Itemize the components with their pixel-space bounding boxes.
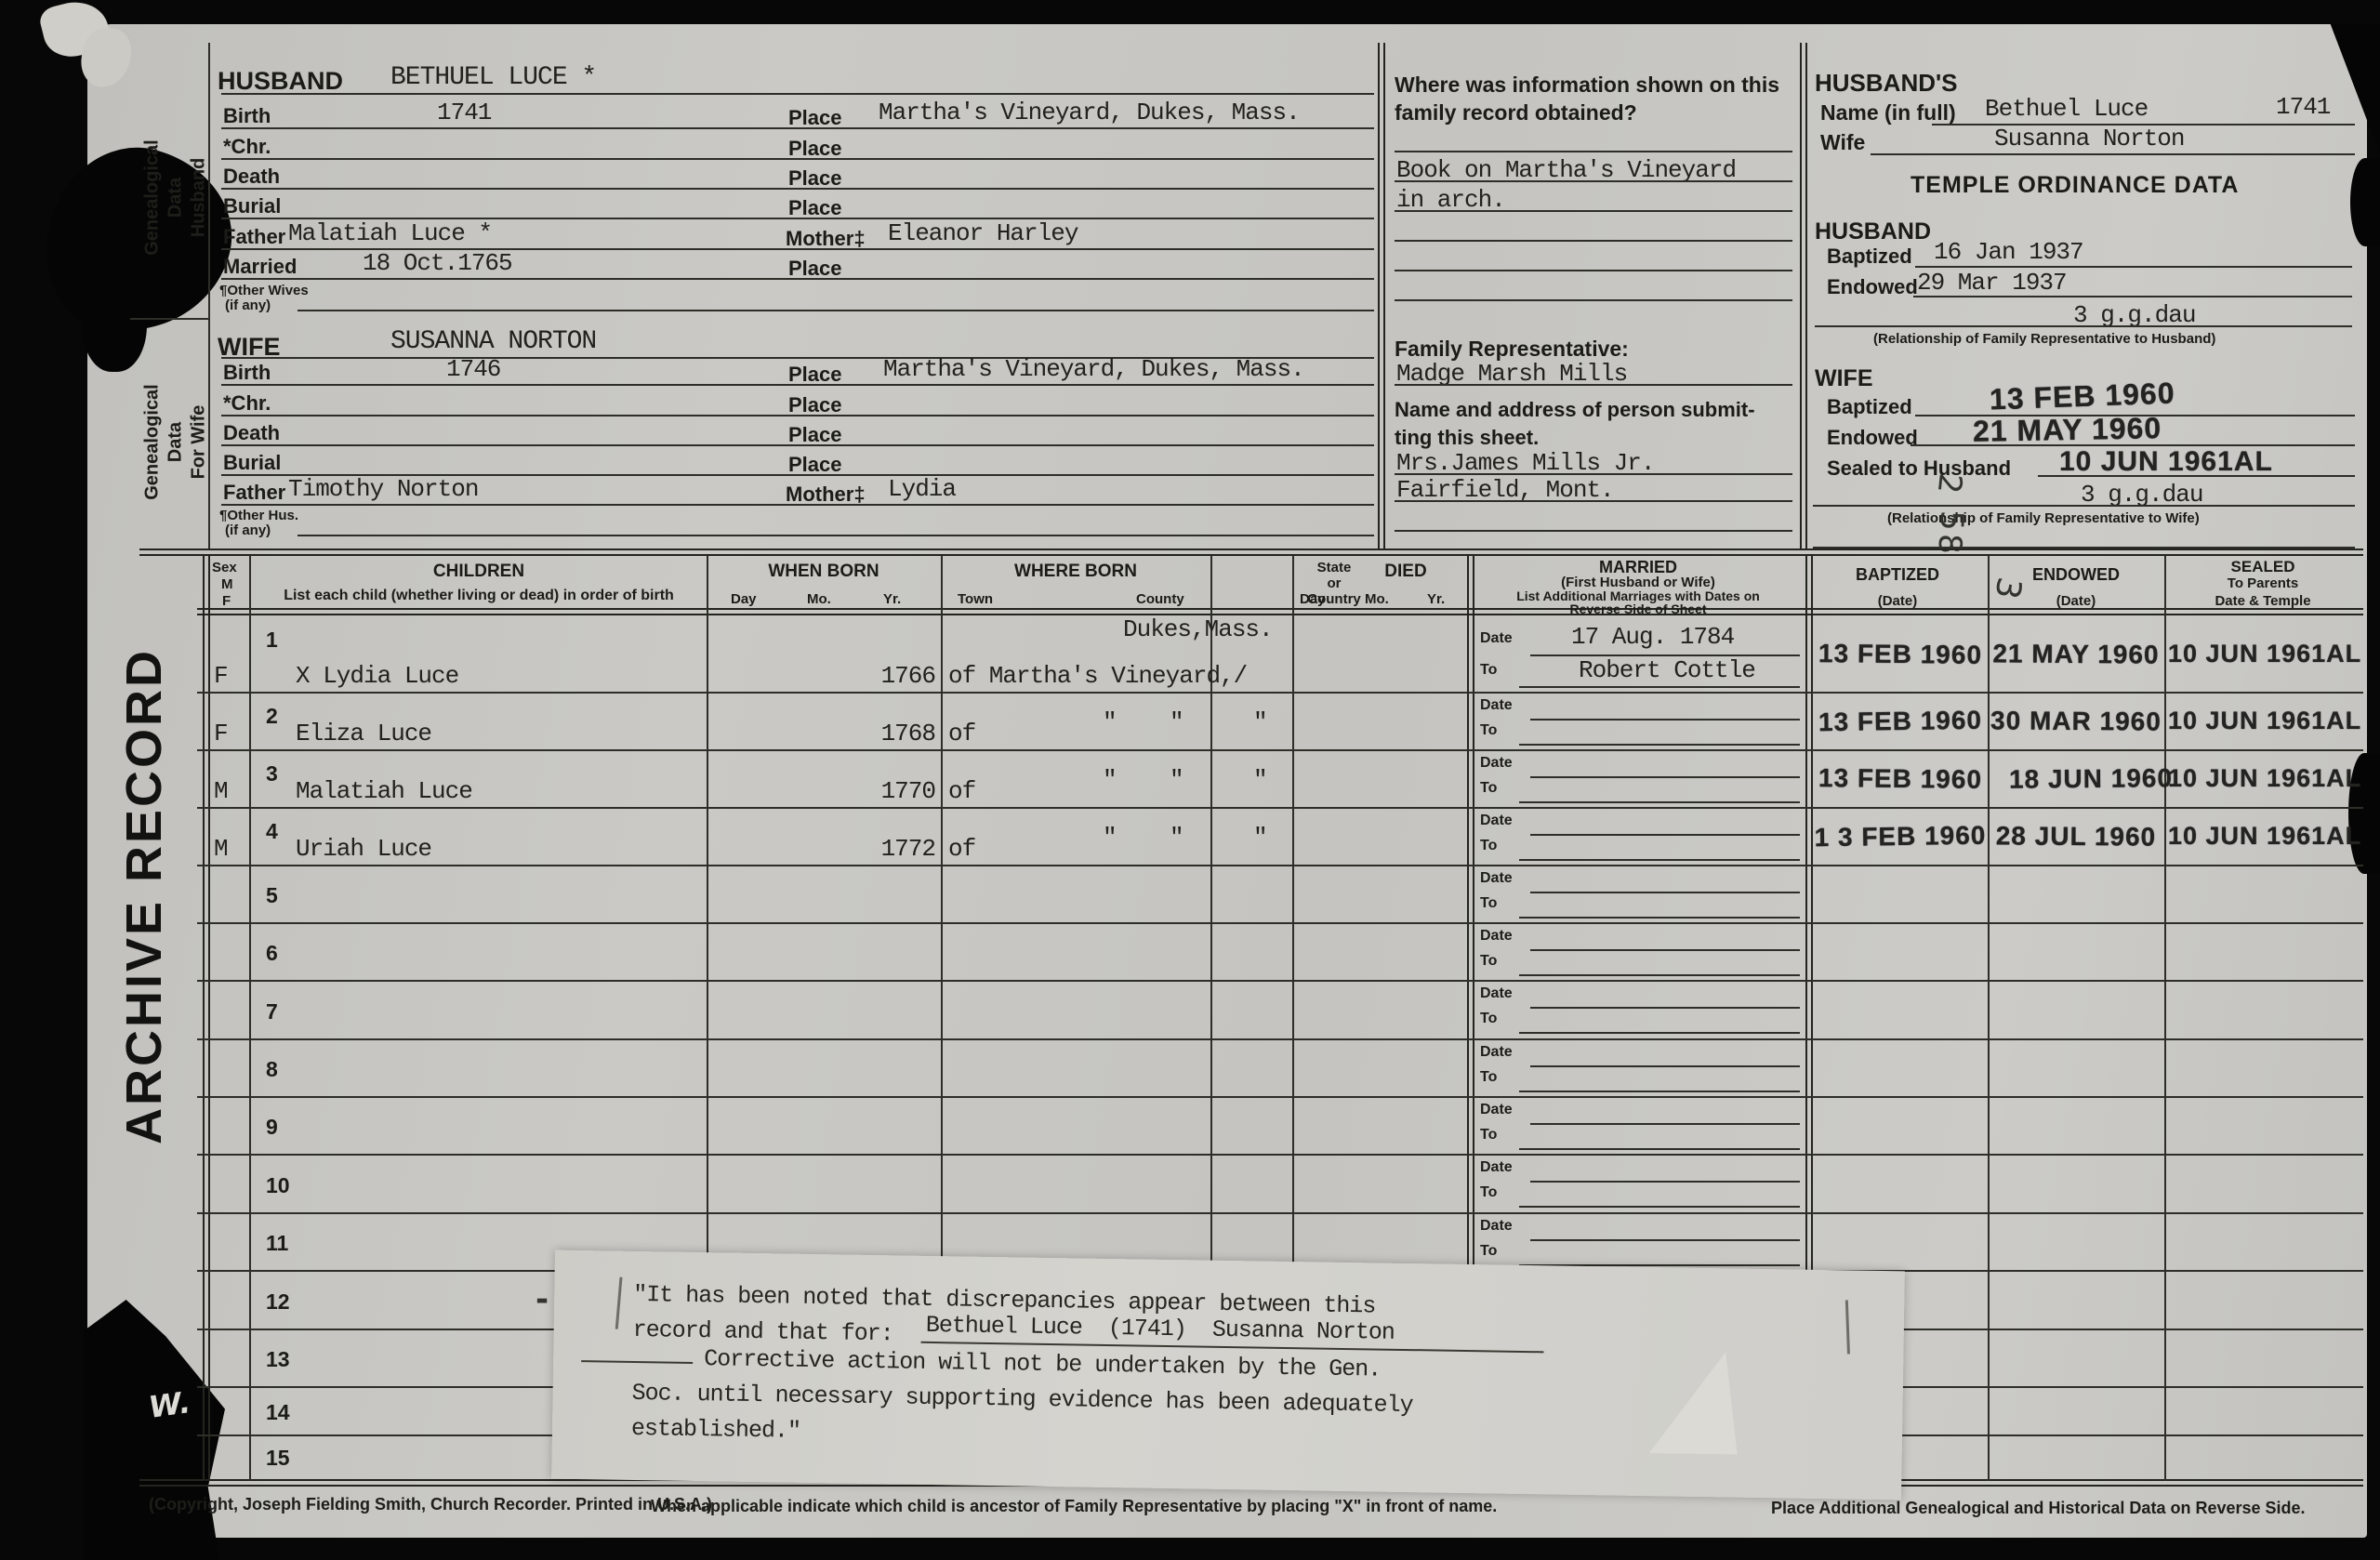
married-date-line	[1530, 719, 1800, 721]
cell-ditto-county: "	[1170, 708, 1183, 736]
name-in-full-label: Name (in full)	[1820, 100, 1956, 126]
married-date-line	[1530, 776, 1800, 778]
married-to-label: To	[1480, 1243, 1497, 1260]
info-question-line2: family record obtained?	[1395, 100, 1637, 126]
wife-endowed-stamp: 21 MAY 1960	[1973, 411, 2162, 449]
header-baptized: BAPTIZED	[1809, 565, 1986, 585]
wife-birth-label: Birth	[223, 361, 271, 385]
cell-ditto-county: "	[1170, 766, 1183, 794]
info-answer-line2-rule	[1395, 210, 1792, 212]
married-to-label: To	[1480, 722, 1497, 739]
side-label-husband: Genealogical Data Husband	[141, 82, 211, 314]
info-blank-line-4	[1395, 299, 1792, 301]
husband-death-label: Death	[223, 165, 280, 189]
side-label-wife-line1: Genealogical	[141, 326, 165, 559]
husband-mother-value: Eleanor Harley	[888, 219, 1078, 247]
married-to-line	[1519, 686, 1800, 688]
married-to-line	[1519, 1032, 1800, 1034]
ordinance-wife-line	[1871, 153, 2355, 155]
husband-other-wives-label: ¶Other Wives	[219, 283, 309, 298]
cell-ditto-state: "	[1253, 708, 1267, 736]
table-header-bottom-rule	[197, 608, 2363, 615]
note-stub-underline	[581, 1360, 693, 1364]
table-row: 7DateTo	[0, 982, 2380, 1040]
husband-mother-label: Mother‡	[786, 227, 866, 251]
wife-burial-place-label: Place	[788, 453, 842, 477]
child-number: 1	[266, 628, 278, 653]
married-date-line	[1530, 1181, 1800, 1183]
ordinance-wife-label: Wife	[1820, 130, 1865, 155]
child-number: 11	[266, 1231, 288, 1256]
married-date-line	[1530, 1007, 1800, 1009]
header-sealed: SEALED	[2166, 558, 2360, 576]
family-representative-label: Family Representative:	[1395, 337, 1629, 362]
header-married-sub3: Reverse Side of Sheet	[1473, 602, 1804, 616]
married-to-label: To	[1480, 1127, 1497, 1144]
header-died-day: Day	[1300, 591, 1326, 607]
note-line3: Corrective action will not be undertaken…	[704, 1345, 1382, 1382]
table-row: M4Uriah Luce1772of"""DateTo1 3 FEB 19602…	[0, 809, 2380, 866]
cell-name: Uriah Luce	[296, 835, 431, 863]
wife-sealed-stamp: 10 JUN 1961AL	[2059, 446, 2273, 478]
cell-sex: M	[214, 777, 228, 805]
married-date-line	[1530, 1123, 1800, 1125]
submitter-label-line2: ting this sheet.	[1395, 426, 1539, 450]
wife-father-value: Timothy Norton	[288, 475, 478, 503]
married-to-label: To	[1480, 780, 1497, 797]
stamp-baptized: 1 3 FEB 1960	[1813, 821, 1988, 853]
header-sealed-date-temple: Date & Temple	[2166, 593, 2360, 609]
stamp-baptized: 13 FEB 1960	[1813, 763, 1988, 795]
header-when-born: WHEN BORN	[708, 562, 939, 582]
wife-father-label: Father	[223, 481, 285, 505]
ordinance-wife-title: WIFE	[1815, 365, 1873, 392]
husband-chr-place-label: Place	[788, 137, 842, 161]
cell-sex: M	[214, 835, 228, 863]
married-date-line	[1530, 1065, 1800, 1067]
wife-sealed-line	[2038, 475, 2355, 477]
husband-father-label: Father	[223, 225, 285, 249]
cell-county-above: Dukes,Mass.	[1123, 615, 1273, 643]
note-line5: established."	[631, 1415, 800, 1445]
child-number: 15	[266, 1446, 290, 1471]
married-to-label: To	[1480, 662, 1497, 679]
footer-instruction: When applicable indicate which child is …	[651, 1497, 1497, 1516]
child-number: 9	[266, 1115, 278, 1140]
info-blank-line-5	[1395, 530, 1792, 532]
info-answer-line1-rule	[1395, 180, 1792, 182]
husband-father-value: Malatiah Luce *	[288, 219, 492, 247]
married-date-label: Date	[1480, 755, 1513, 772]
married-to-label: To	[1480, 838, 1497, 854]
wife-other-hus-label2: (if any)	[225, 522, 271, 538]
husband-baptized-label: Baptized	[1827, 245, 1912, 269]
husband-married-place-label: Place	[788, 257, 842, 281]
header-yr: Yr.	[883, 591, 901, 607]
married-to-label: To	[1480, 953, 1497, 970]
married-to-label: To	[1480, 1069, 1497, 1086]
child-number: 7	[266, 999, 278, 1025]
info-blank-line-1	[1395, 151, 1792, 152]
scanned-archive-record: { "colors": {"background": "#070707", "p…	[0, 0, 2380, 1560]
husband-endowed-line	[1913, 296, 2352, 297]
wife-sealed-label: Sealed to Husband	[1827, 456, 2011, 481]
husband-birth-place-value: Martha's Vineyard, Dukes, Mass.	[879, 99, 1300, 126]
wife-birth-place-value: Martha's Vineyard, Dukes, Mass.	[883, 355, 1304, 383]
name-in-full-year: 1741	[2276, 93, 2330, 121]
stamp-baptized: 13 FEB 1960	[1813, 706, 1988, 738]
side-label-husband-line1: Genealogical	[141, 82, 165, 314]
married-to-line	[1519, 801, 1800, 803]
cell-name: Eliza Luce	[296, 720, 431, 747]
husband-baptized-line	[1915, 266, 2352, 268]
wife-birth-value: 1746	[446, 355, 500, 383]
married-date-label: Date	[1480, 1044, 1513, 1061]
ordinance-wife-value: Susanna Norton	[1994, 125, 2184, 152]
cell-town: of	[948, 835, 975, 863]
table-row: 5DateTo	[0, 866, 2380, 924]
husband-relationship-caption: (Relationship of Family Representative t…	[1873, 331, 2215, 347]
child-number: 2	[266, 704, 278, 729]
header-baptized-date: (Date)	[1809, 593, 1986, 609]
wife-relationship-line	[1813, 505, 2355, 507]
married-date-label: Date	[1480, 1218, 1513, 1235]
cell-birth-year: 1768	[816, 720, 935, 747]
header-sex: Sex	[212, 560, 237, 575]
married-date-line	[1530, 834, 1800, 836]
wife-endowed-label: Endowed	[1827, 426, 1918, 450]
cell-ditto-county: "	[1170, 824, 1183, 852]
married-to-line	[1519, 974, 1800, 976]
footer-reverse-side: Place Additional Genealogical and Histor…	[1771, 1499, 2306, 1518]
side-label-wife-line3: For Wife	[188, 326, 211, 559]
married-date-line	[1530, 892, 1800, 893]
header-sex-m: M	[221, 576, 233, 592]
wife-death-label: Death	[223, 421, 280, 445]
cell-name: Malatiah Luce	[296, 777, 472, 805]
child-number: 6	[266, 941, 278, 966]
cell-name: X Lydia Luce	[296, 662, 458, 690]
cell-ditto-state: "	[1253, 824, 1267, 852]
table-row: 8DateTo	[0, 1040, 2380, 1098]
wife-death-place-label: Place	[788, 423, 842, 447]
family-representative-line	[1395, 384, 1792, 386]
table-top-rule	[139, 549, 2363, 556]
stamp-endowed: 30 MAR 1960	[1990, 706, 2162, 736]
child-number: 3	[266, 761, 278, 787]
table-row: F1X Lydia Luce1766Dukes,Mass.of Martha's…	[0, 617, 2380, 694]
wife-other-hus-line	[297, 535, 1374, 536]
footer-copyright: (Copyright, Joseph Fielding Smith, Churc…	[149, 1495, 712, 1514]
married-to-line	[1519, 859, 1800, 861]
married-date-label: Date	[1480, 1102, 1513, 1118]
child-number: 13	[266, 1347, 290, 1372]
info-question-line1: Where was information shown on this	[1395, 73, 1779, 98]
ordinance-husband-title: HUSBAND	[1815, 218, 1931, 245]
husband-married-label: Married	[223, 255, 297, 279]
husband-endowed-label: Endowed	[1827, 275, 1918, 299]
side-label-divider-horizontal	[130, 318, 209, 320]
married-date-label: Date	[1480, 870, 1513, 887]
staple-left	[615, 1277, 623, 1329]
child-number: 4	[266, 819, 278, 844]
staple-right	[1845, 1300, 1850, 1354]
cell-town: of Martha's Vineyard,/	[948, 662, 1247, 690]
cell-ditto-town: "	[1103, 708, 1117, 736]
married-date-label: Date	[1480, 697, 1513, 714]
stamp-sealed: 10 JUN 1961AL	[2168, 707, 2358, 735]
cell-married-date: 17 Aug. 1784	[1571, 623, 1734, 651]
married-to-label: To	[1480, 1011, 1497, 1027]
header-county: County	[1136, 591, 1184, 607]
cell-ditto-state: "	[1253, 766, 1267, 794]
submitter-label-line1: Name and address of person submit-	[1395, 398, 1755, 422]
note-line2: record and that for:	[632, 1316, 892, 1347]
husbands-header: HUSBAND'S	[1815, 69, 1958, 98]
table-row: 9DateTo	[0, 1098, 2380, 1156]
married-to-line	[1519, 1206, 1800, 1208]
info-blank-line-2	[1395, 240, 1792, 242]
note-line4: Soc. until necessary supporting evidence…	[631, 1380, 1413, 1419]
married-to-label: To	[1480, 895, 1497, 912]
tape-fold	[1649, 1351, 1739, 1454]
wife-mother-label: Mother‡	[786, 483, 866, 507]
married-to-line	[1519, 744, 1800, 746]
married-date-label: Date	[1480, 813, 1513, 829]
header-children: CHILDREN	[253, 562, 705, 582]
husband-baptized-value: 16 Jan 1937	[1934, 238, 2083, 266]
side-label-husband-line2: Data	[165, 82, 188, 314]
child-number: 5	[266, 883, 278, 908]
header-died-yr: Yr.	[1427, 591, 1445, 607]
header-died-mo: Mo.	[1365, 591, 1389, 607]
header-day: Day	[731, 591, 757, 607]
wife-baptized-label: Baptized	[1827, 395, 1912, 419]
wife-mother-value: Lydia	[888, 475, 956, 503]
info-blank-line-3	[1395, 270, 1792, 271]
stamp-sealed: 10 JUN 1961AL	[2168, 640, 2358, 668]
husband-burial-label: Burial	[223, 194, 281, 218]
married-date-label: Date	[1480, 630, 1513, 647]
married-to-line	[1519, 917, 1800, 919]
husband-endowed-value: 29 Mar 1937	[1917, 269, 2067, 297]
child-number: 12	[266, 1289, 290, 1315]
header-endowed: ENDOWED	[1990, 565, 2162, 585]
side-label-wife-line2: Data	[165, 326, 188, 559]
name-in-full-value: Bethuel Luce	[1985, 95, 2148, 123]
married-to-line	[1519, 1091, 1800, 1092]
table-row: 10DateTo	[0, 1156, 2380, 1214]
margin-digit-1: 2	[1930, 471, 1969, 496]
header-town: Town	[958, 591, 993, 607]
cell-sex: F	[214, 662, 228, 690]
table-row: M3Malatiah Luce1770of"""DateTo13 FEB 196…	[0, 751, 2380, 809]
torn-edge-right-1	[2350, 158, 2380, 246]
stamp-endowed: 18 JUN 1960	[2004, 763, 2177, 795]
cell-ditto-town: "	[1103, 766, 1117, 794]
wife-burial-label: Burial	[223, 451, 281, 475]
table-row: F2Eliza Luce1768of"""DateTo13 FEB 196030…	[0, 694, 2380, 751]
cell-town: of	[948, 720, 975, 747]
husband-chr-label: *Chr.	[223, 135, 271, 159]
header-where-born: WHERE BORN	[943, 562, 1209, 582]
table-row: 6DateTo	[0, 924, 2380, 982]
husband-name-line	[221, 93, 1374, 95]
cell-married-to: Robert Cottle	[1579, 656, 1755, 684]
husband-section-label: HUSBAND	[218, 67, 343, 96]
married-date-line	[1530, 949, 1800, 951]
cell-sex: F	[214, 720, 228, 747]
married-to-line	[1519, 1148, 1800, 1150]
child-number: 14	[266, 1400, 290, 1425]
stamp-sealed: 10 JUN 1961AL	[2168, 822, 2358, 851]
husband-other-wives-label2: (if any)	[225, 297, 271, 313]
married-date-label: Date	[1480, 985, 1513, 1002]
married-to-label: To	[1480, 1184, 1497, 1201]
married-date-label: Date	[1480, 1159, 1513, 1176]
child-number: 10	[266, 1173, 290, 1198]
married-date-label: Date	[1480, 928, 1513, 945]
wife-birth-place-label: Place	[788, 363, 842, 387]
panel-divider-1	[1378, 43, 1385, 550]
stamp-endowed: 21 MAY 1960	[1990, 639, 2162, 669]
side-label-wife: Genealogical Data For Wife	[141, 326, 211, 559]
header-sex-f: F	[222, 593, 231, 609]
married-date-line	[1530, 1239, 1800, 1241]
panel-divider-2	[1800, 43, 1807, 550]
husband-other-wives-line	[297, 310, 1374, 311]
side-label-husband-line3: Husband	[188, 82, 211, 314]
header-endowed-date: (Date)	[1990, 593, 2162, 609]
husband-birth-label: Birth	[223, 104, 271, 128]
wife-other-hus-label: ¶Other Hus.	[219, 508, 298, 523]
cell-ditto-town: "	[1103, 824, 1117, 852]
cell-birth-year: 1772	[816, 835, 935, 863]
cell-birth-year: 1770	[816, 777, 935, 805]
correction-note: "It has been noted that discrepancies ap…	[551, 1250, 1905, 1501]
stamp-sealed: 10 JUN 1961AL	[2168, 764, 2358, 793]
temple-ordinance-title: TEMPLE ORDINANCE DATA	[1911, 172, 2239, 199]
wife-chr-place-label: Place	[788, 393, 842, 417]
child-number: 8	[266, 1057, 278, 1082]
husband-name-value: BETHUEL LUCE *	[390, 63, 596, 92]
header-sealed-to-parents: To Parents	[2166, 575, 2360, 591]
husband-married-value: 18 Oct.1765	[363, 249, 512, 277]
submitter-place-line	[1395, 500, 1792, 502]
stamp-baptized: 13 FEB 1960	[1813, 639, 1988, 670]
stamp-endowed: 28 JUL 1960	[1990, 821, 2162, 852]
husband-birth-value: 1741	[437, 99, 491, 126]
husband-relationship-line	[1815, 325, 2352, 327]
husband-death-place-label: Place	[788, 166, 842, 191]
wife-chr-label: *Chr.	[223, 391, 271, 416]
husband-burial-place-label: Place	[788, 196, 842, 220]
header-children-sub: List each child (whether living or dead)…	[253, 588, 705, 604]
cell-birth-year: 1766	[816, 662, 935, 690]
submitter-name-line	[1395, 473, 1792, 475]
header-died: DIED	[1322, 562, 1489, 582]
wife-name-value: SUSANNA NORTON	[390, 327, 596, 356]
margin-digit-2: 5	[1932, 509, 1970, 531]
cell-town: of	[948, 777, 975, 805]
husband-birth-place-label: Place	[788, 106, 842, 130]
header-mo: Mo.	[807, 591, 831, 607]
